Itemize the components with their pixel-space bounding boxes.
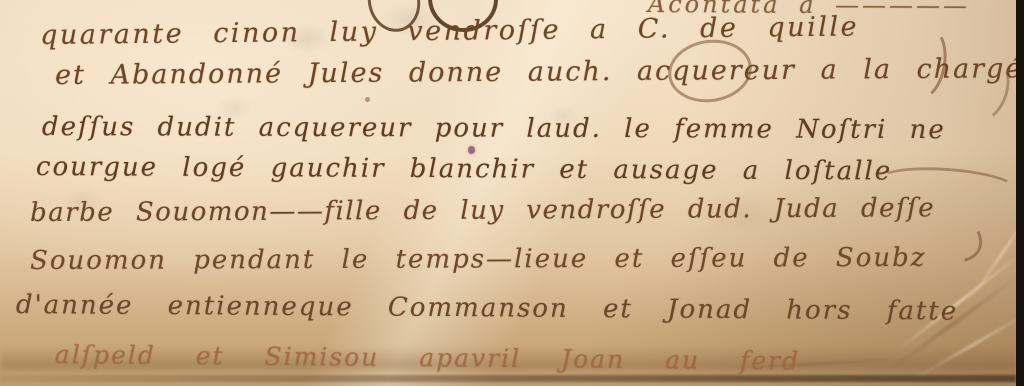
manuscript-line: Souomon pendant le temps—lieue et eſſeu … [30, 243, 926, 276]
manuscript-page: Acontata a ————— quarante cinon luy vend… [0, 0, 1024, 386]
ink-blot [468, 146, 475, 154]
manuscript-line: courgue logé gauchir blanchir et ausage … [36, 152, 892, 186]
ink-blot [365, 97, 370, 102]
manuscript-line: barbe Souomon——fille de luy vendroſſe du… [30, 193, 935, 228]
scan-edge [1016, 0, 1024, 386]
manuscript-line: deſſus dudit acquereur pour laud. le fem… [42, 112, 946, 145]
bottom-fold-edge [0, 375, 1016, 382]
